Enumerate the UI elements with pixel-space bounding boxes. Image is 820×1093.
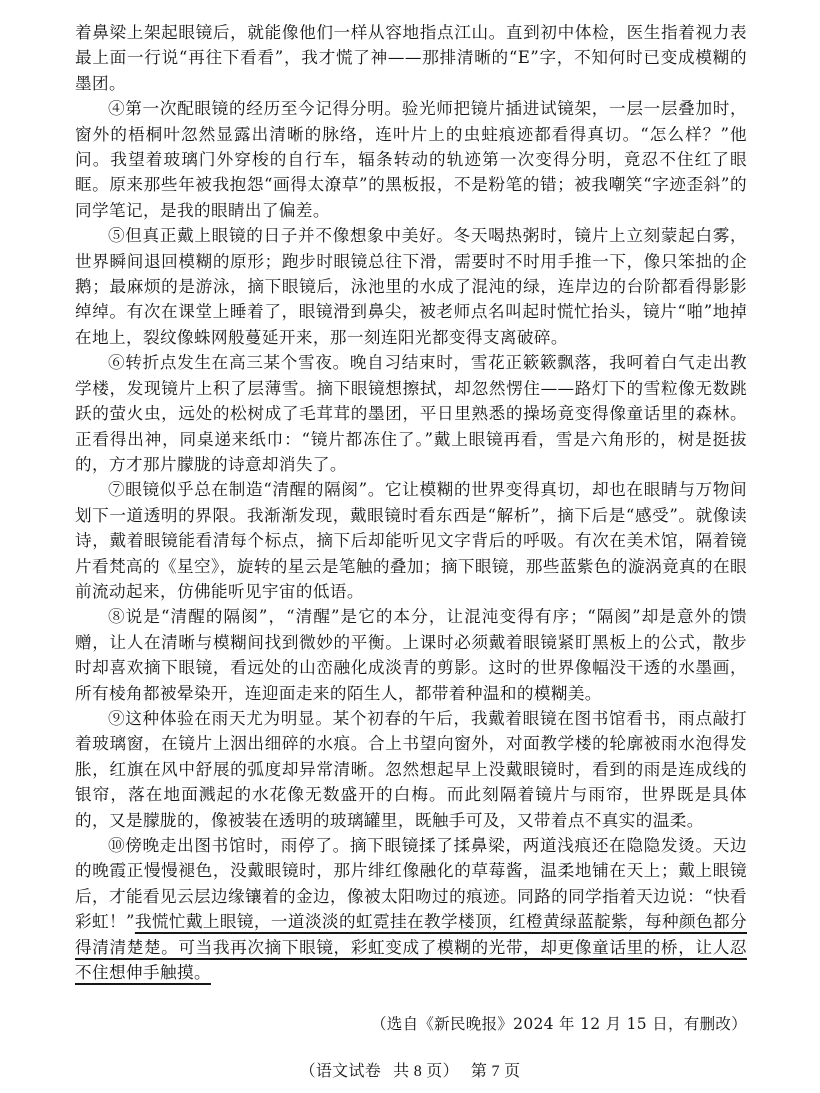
paragraph-number: ⑦	[108, 480, 125, 499]
source-citation: （选自《新民晚报》2024 年 12 月 15 日，有删改）	[371, 1012, 747, 1036]
underlined-passage: 我慌忙戴上眼镜，一道淡淡的虹霓挂在教学楼顶，红橙黄绿蓝靛紫，每种颜色都分得清清楚…	[75, 912, 747, 982]
paragraph-number: ⑤	[108, 226, 125, 245]
paragraph-9: ⑨这种体验在雨天尤为明显。某个初春的午后，我戴着眼镜在图书馆看书，雨点敲打着玻璃…	[75, 706, 747, 833]
exam-label: （语文试卷	[300, 1063, 382, 1080]
page-footer: （语文试卷共 8 页）第 7 页	[0, 1058, 820, 1081]
paragraph-8: ⑧说是“清醒的隔阂”，“清醒”是它的本分，让混沌变得有序；“隔阂”却是意外的馈赠…	[75, 604, 747, 706]
exam-page-body: 着鼻梁上架起眼镜后，就能像他们一样从容地指点江山。直到初中体检，医生指着视力表最…	[75, 20, 747, 985]
paragraph-number: ⑧	[108, 607, 126, 626]
paragraph-number: ⑩	[108, 836, 125, 855]
paragraph-text: 眼镜似乎总在制造“清醒的隔阂”。它让模糊的世界变得真切，却也在眼睛与万物间划下一…	[75, 480, 747, 601]
paragraph-number: ④	[108, 99, 125, 118]
paragraph-number: ⑨	[108, 709, 125, 728]
paragraph-text: 着鼻梁上架起眼镜后，就能像他们一样从容地指点江山。直到初中体检，医生指着视力表最…	[75, 23, 747, 93]
paragraph-text: 但真正戴上眼镜的日子并不像想象中美好。冬天喝热粥时，镜片上立刻蒙起白雾，世界瞬间…	[75, 226, 747, 347]
total-pages: 共 8 页）	[393, 1063, 459, 1080]
paragraph-6: ⑥转折点发生在高三某个雪夜。晚自习结束时，雪花正簌簌飘落，我呵着白气走出教学楼，…	[75, 350, 747, 477]
page-number: 第 7 页	[471, 1063, 521, 1080]
paragraph-text: 转折点发生在高三某个雪夜。晚自习结束时，雪花正簌簌飘落，我呵着白气走出教学楼，发…	[75, 353, 747, 474]
paragraph-text: 说是“清醒的隔阂”，“清醒”是它的本分，让混沌变得有序；“隔阂”却是意外的馈赠，…	[75, 607, 747, 702]
paragraph-text: 这种体验在雨天尤为明显。某个初春的午后，我戴着眼镜在图书馆看书，雨点敲打着玻璃窗…	[75, 709, 747, 830]
paragraph-number: ⑥	[108, 353, 125, 372]
paragraph-continued: 着鼻梁上架起眼镜后，就能像他们一样从容地指点江山。直到初中体检，医生指着视力表最…	[75, 20, 747, 96]
paragraph-4: ④第一次配眼镜的经历至今记得分明。验光师把镜片插进试镜架，一层一层叠加时，窗外的…	[75, 96, 747, 223]
paragraph-5: ⑤但真正戴上眼镜的日子并不像想象中美好。冬天喝热粥时，镜片上立刻蒙起白雾，世界瞬…	[75, 223, 747, 350]
paragraph-7: ⑦眼镜似乎总在制造“清醒的隔阂”。它让模糊的世界变得真切，却也在眼睛与万物间划下…	[75, 477, 747, 604]
paragraph-10: ⑩傍晚走出图书馆时，雨停了。摘下眼镜揉了揉鼻梁，两道浅痕还在隐隐发烫。天边的晚霞…	[75, 833, 747, 985]
paragraph-text: 第一次配眼镜的经历至今记得分明。验光师把镜片插进试镜架，一层一层叠加时，窗外的梧…	[75, 99, 747, 220]
